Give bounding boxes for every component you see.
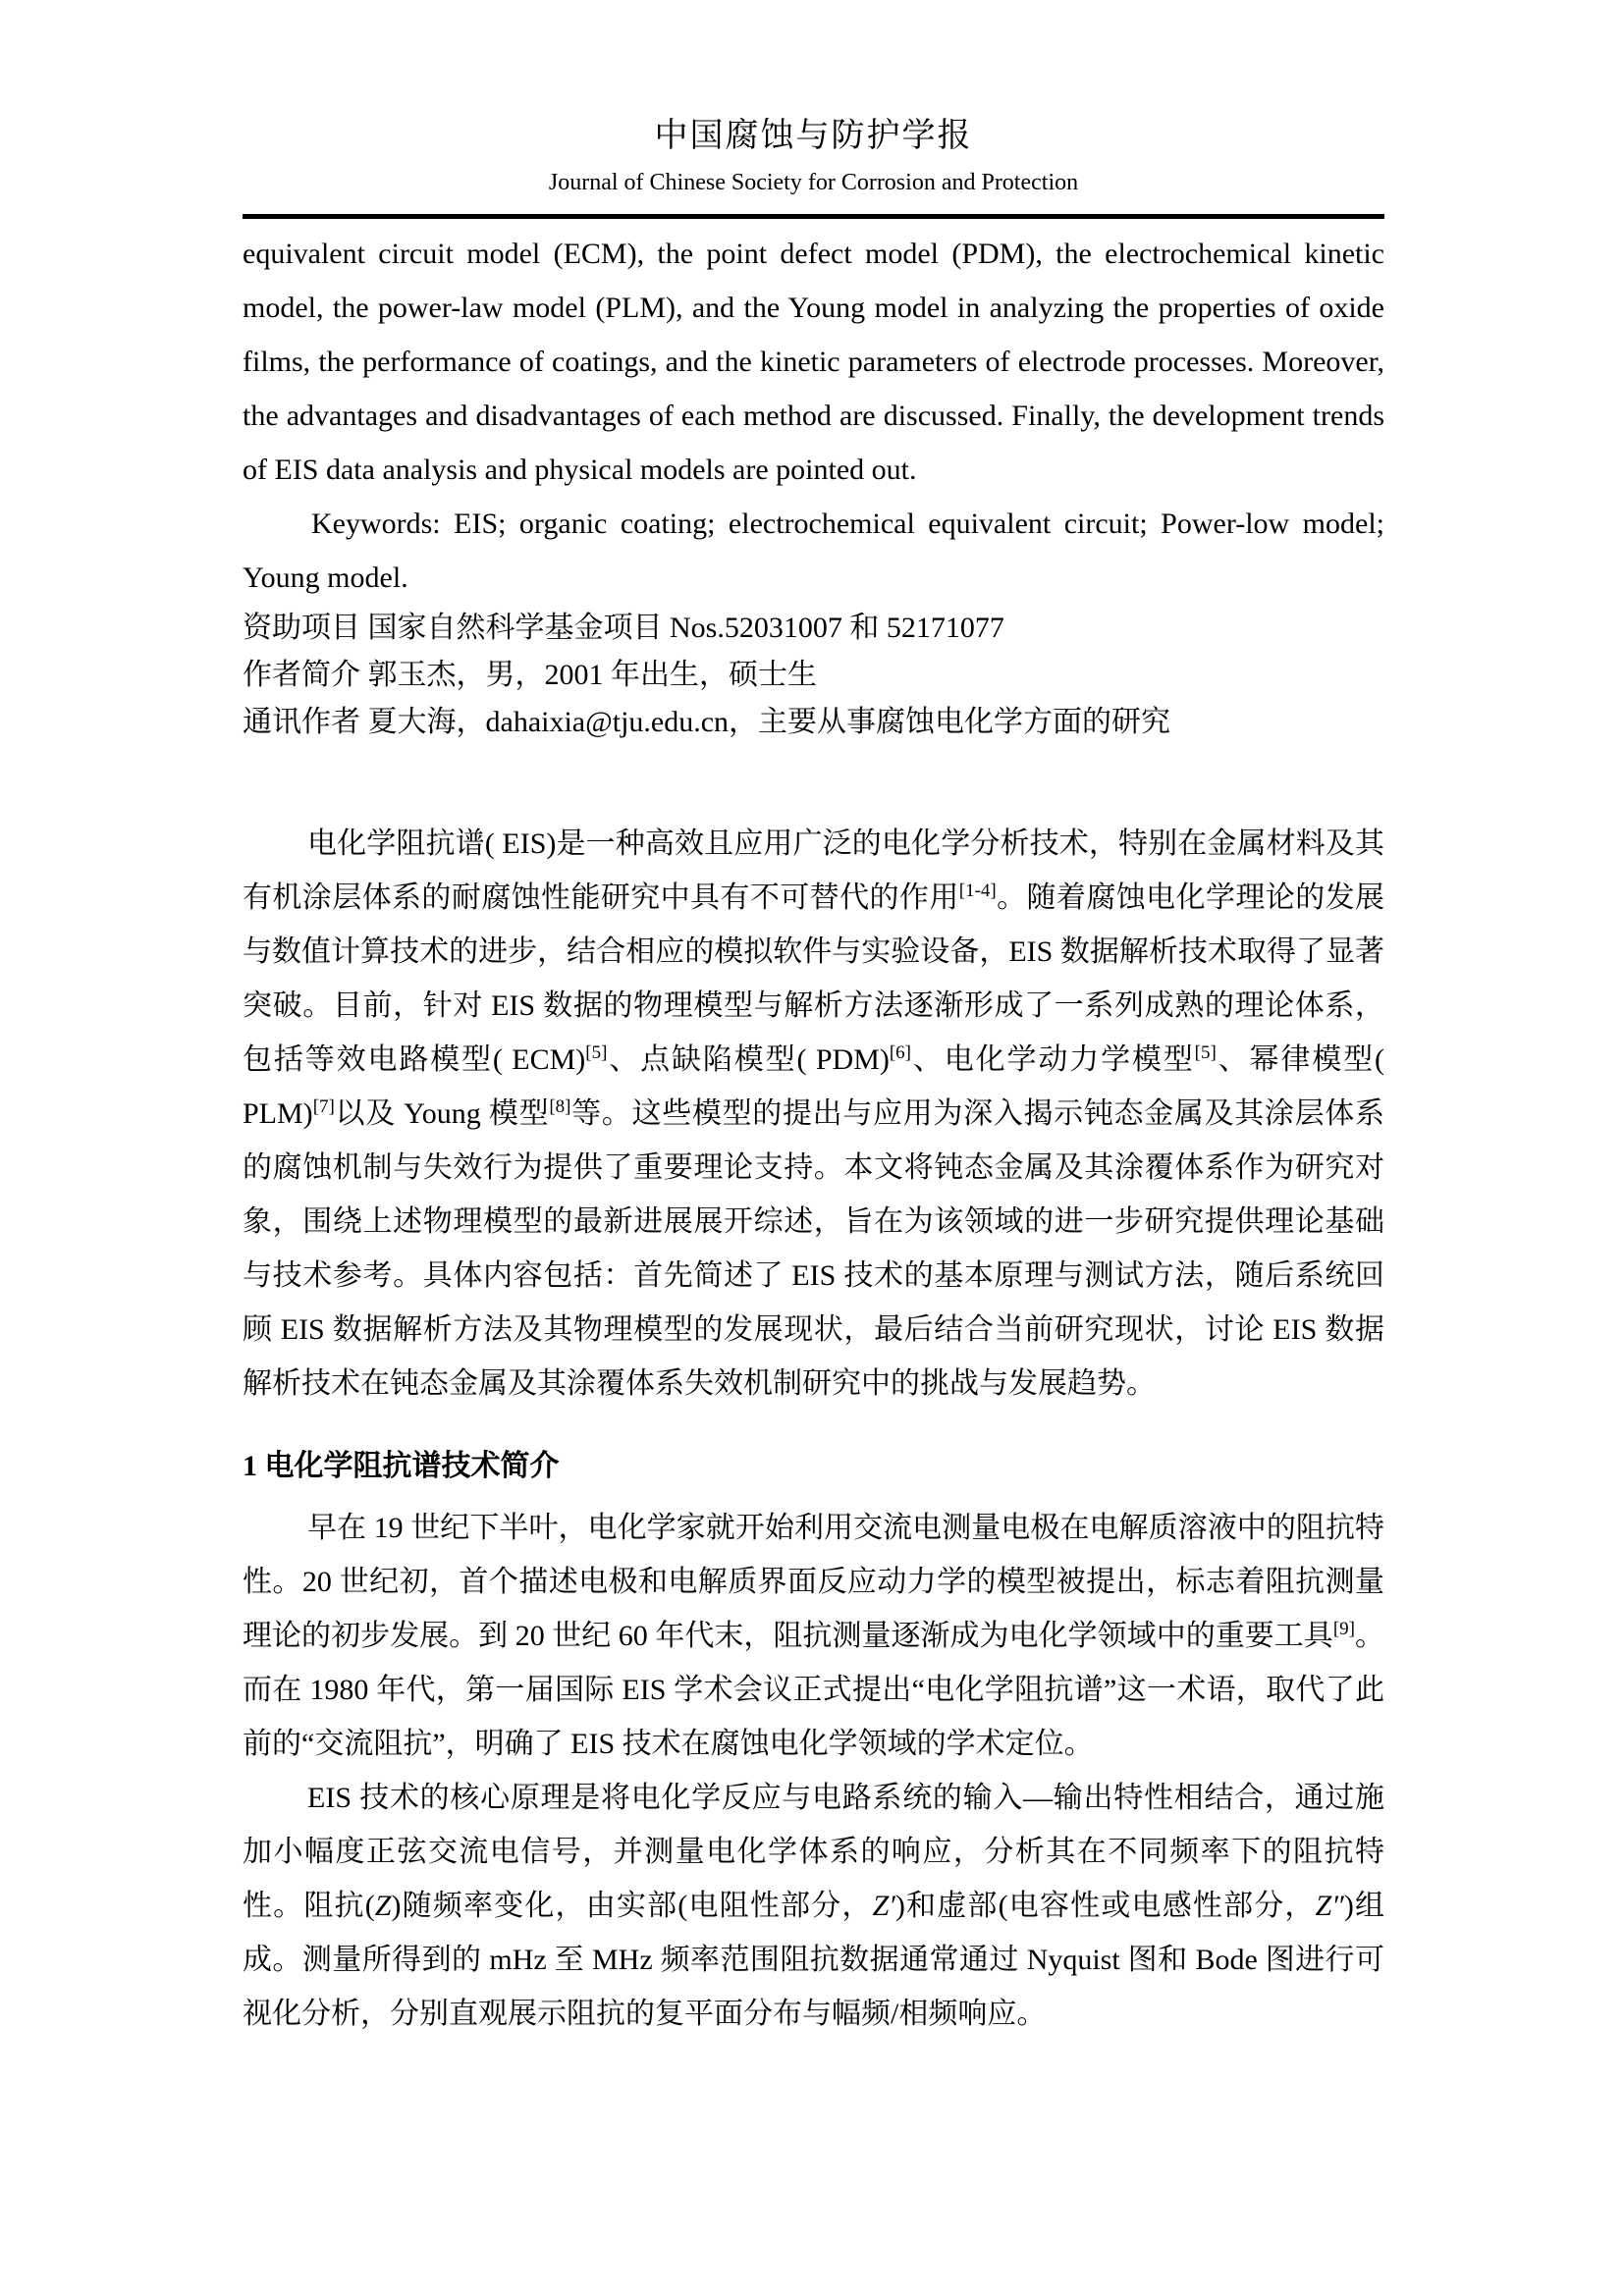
history-paragraph: 早在 19 世纪下半叶，电化学家就开始利用交流电测量电极在电解质溶液中的阻抗特性… — [243, 1501, 1384, 1771]
journal-title-en: Journal of Chinese Society for Corrosion… — [243, 169, 1384, 196]
journal-header: 中国腐蚀与防护学报 Journal of Chinese Society for… — [243, 116, 1384, 219]
section-1-heading: 1 电化学阻抗谱技术简介 — [243, 1446, 1384, 1487]
journal-title-zh: 中国腐蚀与防护学报 — [243, 116, 1384, 157]
principle-paragraph: EIS 技术的核心原理是将电化学反应与电路系统的输入—输出特性相结合，通过施加小… — [243, 1771, 1384, 2041]
corresponding-author-line: 通讯作者 夏大海，dahaixia@tju.edu.cn，主要从事腐蚀电化学方面… — [243, 699, 1384, 746]
header-rule — [243, 214, 1384, 219]
keywords-line: Keywords: EIS; organic coating; electroc… — [243, 497, 1384, 605]
meta-block: 资助项目 国家自然科学基金项目 Nos.52031007 和 52171077 … — [243, 605, 1384, 746]
funding-line: 资助项目 国家自然科学基金项目 Nos.52031007 和 52171077 — [243, 605, 1384, 652]
page-body: equivalent circuit model (ECM), the poin… — [243, 227, 1384, 2041]
intro-paragraph: 电化学阻抗谱( EIS)是一种高效且应用广泛的电化学分析技术，特别在金属材料及其… — [243, 817, 1384, 1411]
document-page: 中国腐蚀与防护学报 Journal of Chinese Society for… — [0, 0, 1624, 2296]
author-bio-line: 作者简介 郭玉杰，男，2001 年出生，硕士生 — [243, 652, 1384, 699]
abstract-continuation-paragraph: equivalent circuit model (ECM), the poin… — [243, 227, 1384, 497]
